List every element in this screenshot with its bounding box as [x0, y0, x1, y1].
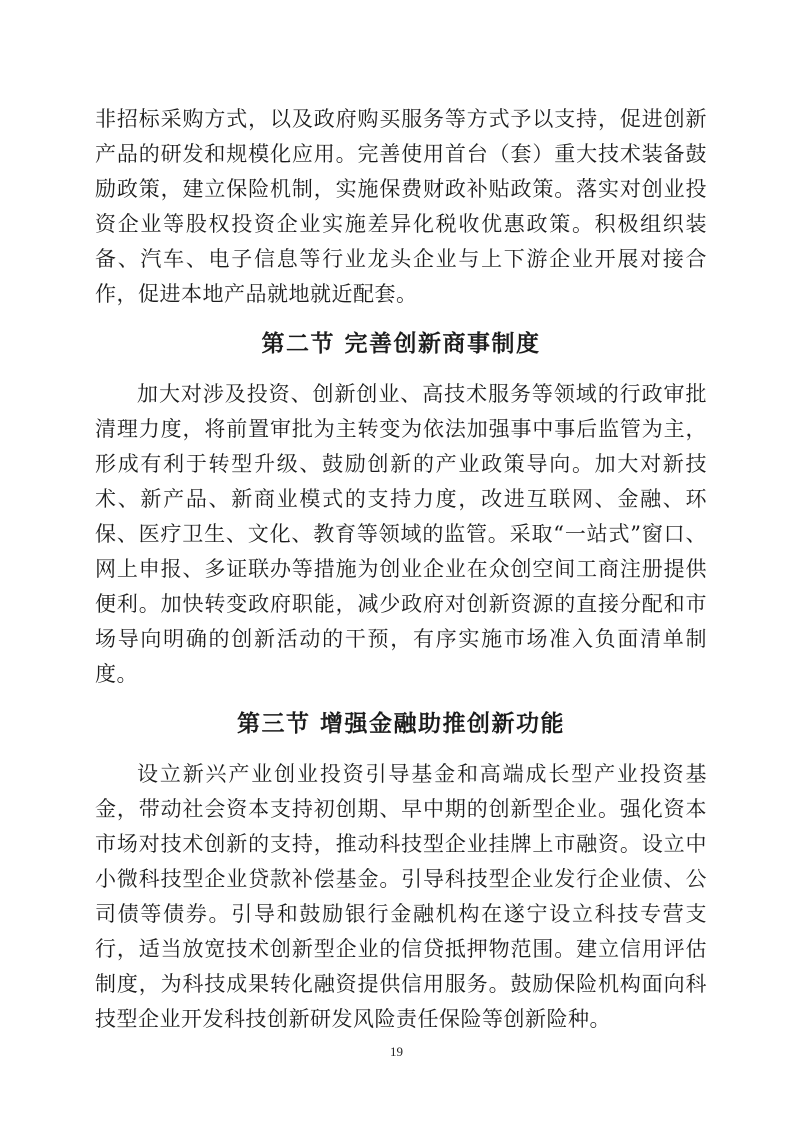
section-heading-3: 第三节 增强金融助推创新功能 [95, 706, 707, 742]
body-paragraph-1: 非招标采购方式，以及政府购买服务等方式予以支持，促进创新产品的研发和规模化应用。… [95, 102, 707, 312]
document-page: 非招标采购方式，以及政府购买服务等方式予以支持，促进创新产品的研发和规模化应用。… [0, 0, 793, 1122]
section-heading-2: 第二节 完善创新商事制度 [95, 326, 707, 362]
page-content: 非招标采购方式，以及政府购买服务等方式予以支持，促进创新产品的研发和规模化应用。… [95, 102, 707, 1037]
body-paragraph-2: 加大对涉及投资、创新创业、高技术服务等领域的行政审批清理力度，将前置审批为主转变… [95, 377, 707, 692]
page-number: 19 [0, 1044, 793, 1060]
body-paragraph-3: 设立新兴产业创业投资引导基金和高端成长型产业投资基金，带动社会资本支持初创期、早… [95, 757, 707, 1037]
